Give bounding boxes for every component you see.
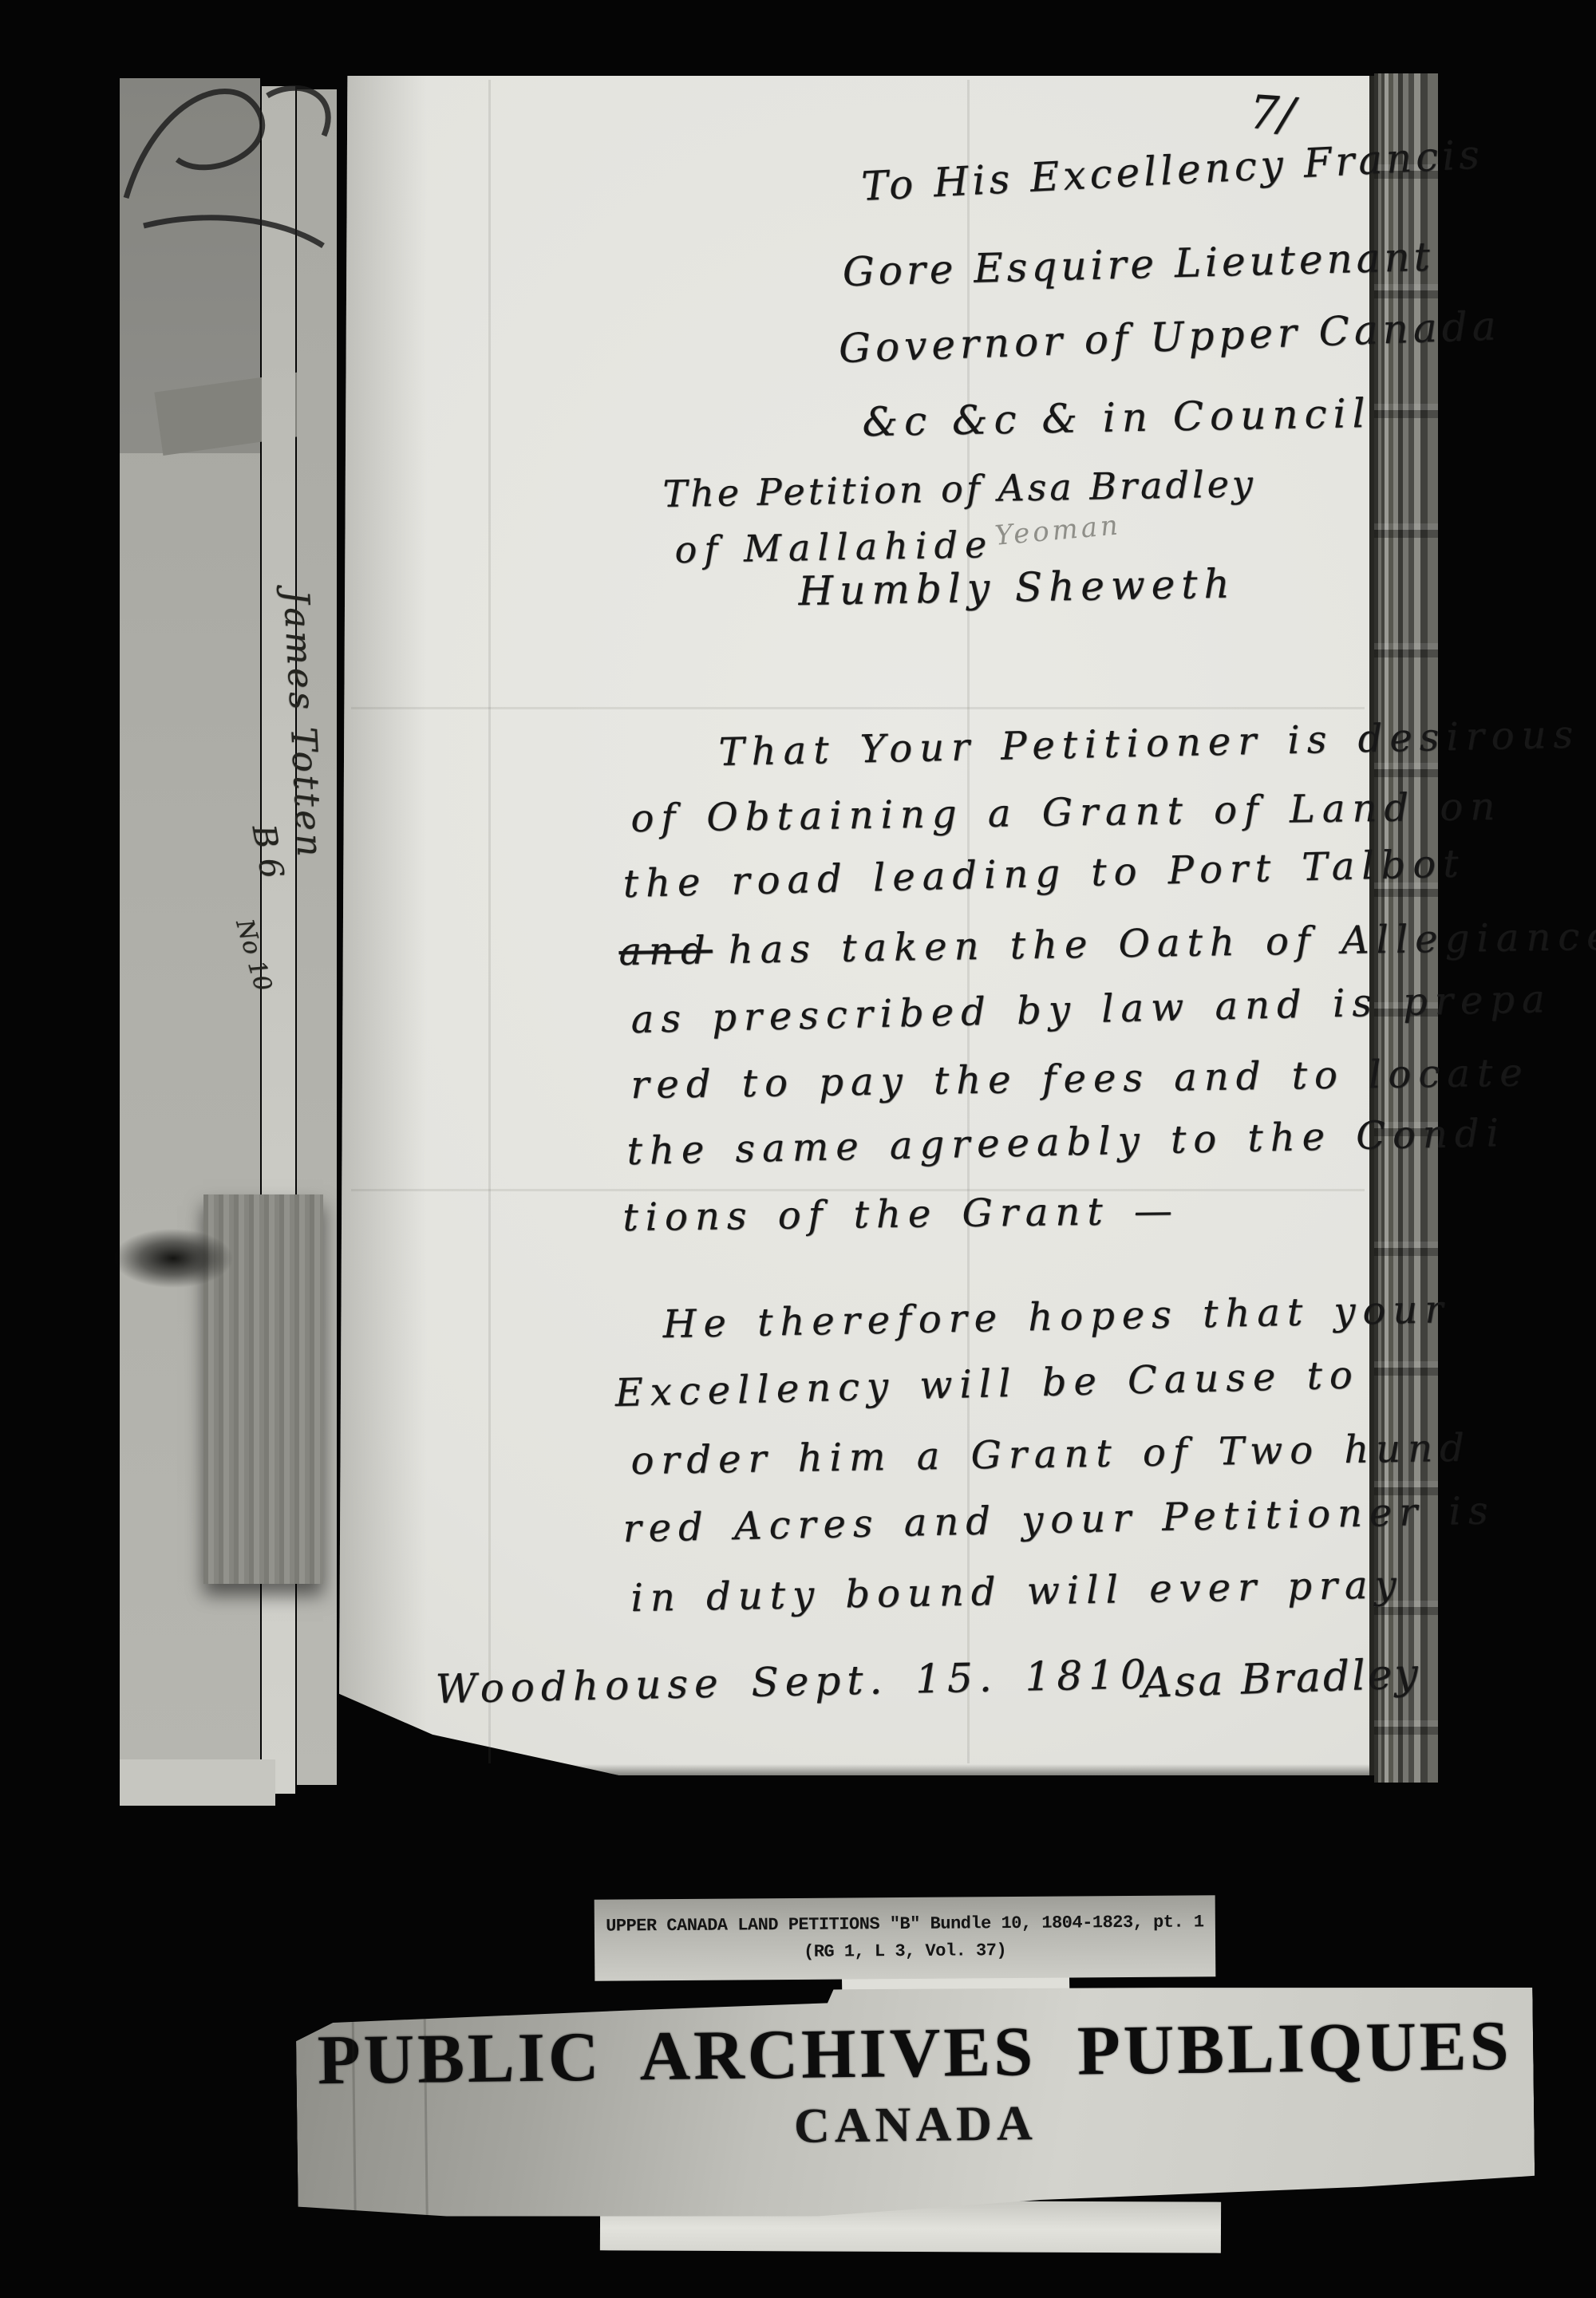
handwritten-line: Humbly Sheweth: [798, 560, 1236, 614]
ink-blotch: [113, 1229, 233, 1288]
archives-stamp-subtitle: CANADA: [794, 2099, 1037, 2151]
struck-word: and: [618, 928, 713, 974]
archive-label-line1: UPPER CANADA LAND PETITIONS "B" Bundle 1…: [606, 1909, 1204, 1940]
signature: Asa Bradley: [1141, 1650, 1421, 1708]
paper-edge-strip: [120, 1759, 275, 1806]
stray-handwriting-flourish: [112, 62, 359, 262]
page-crease: [351, 707, 1365, 709]
handwritten-line: &c &c & in Council: [862, 390, 1372, 445]
handwritten-line: tions of the Grant —: [622, 1188, 1179, 1240]
archive-label-line2: (RG 1, L 3, Vol. 37): [804, 1937, 1006, 1966]
microfilm-scan: James Totten B 6 No 10 7/ To His Excelle…: [0, 0, 1596, 2298]
archive-reference-label: UPPER CANADA LAND PETITIONS "B" Bundle 1…: [595, 1895, 1216, 1980]
page-crease: [351, 1189, 1365, 1191]
public-archives-banner: PUBLIC ARCHIVES PUBLIQUES CANADA: [295, 1981, 1535, 2223]
page-number: 7/: [1247, 85, 1296, 142]
page-crease: [488, 80, 491, 1763]
archives-stamp-title: PUBLIC ARCHIVES PUBLIQUES: [317, 2012, 1512, 2096]
handwritten-line: of Mallahide: [674, 523, 994, 571]
